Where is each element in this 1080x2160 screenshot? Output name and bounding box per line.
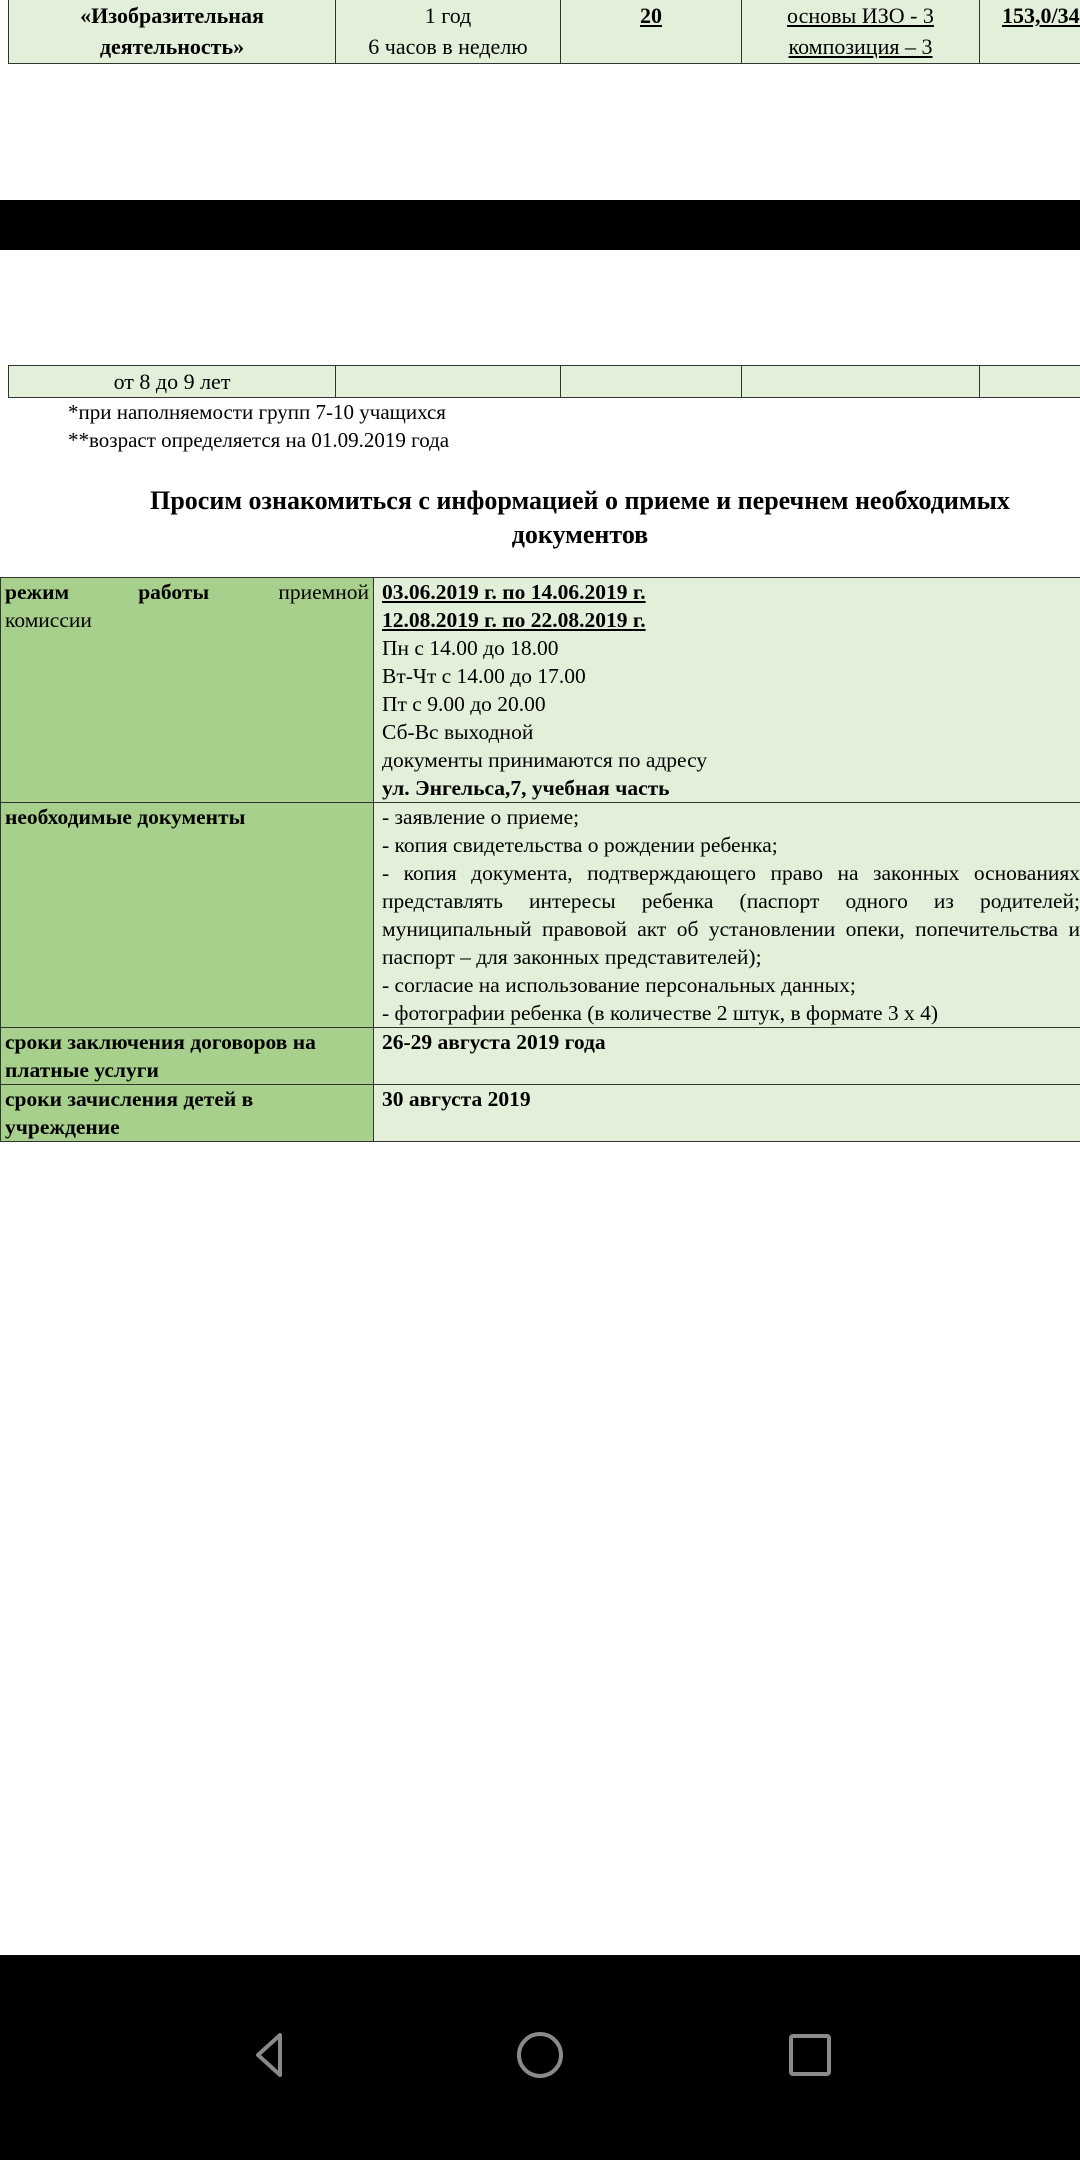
hours-fri: Пт с 9.00 до 20.00	[382, 690, 1080, 718]
label-word: работы	[138, 578, 209, 606]
label-line2: комиссии	[5, 606, 369, 634]
duration-line1: 1 год	[340, 0, 556, 31]
group-size-cell: 20	[561, 0, 742, 64]
period-1: 03.06.2019 г. по 14.06.2019 г.	[382, 578, 1080, 606]
table-row-enrollment: сроки зачисления детей в учреждение 30 а…	[1, 1085, 1080, 1142]
table-row-schedule: режим работы приемной комиссии 03.06.201…	[1, 578, 1080, 803]
price-cell: 153,0/3468	[980, 0, 1080, 64]
admission-info-table: режим работы приемной комиссии 03.06.201…	[0, 577, 1080, 1142]
age-cell: от 8 до 9 лет	[9, 366, 336, 398]
document-item: - заявление о приеме;	[382, 803, 1080, 831]
table-row: от 8 до 9 лет	[9, 366, 1080, 398]
home-button[interactable]	[500, 2015, 580, 2095]
schedule-label: режим работы приемной комиссии	[1, 578, 374, 803]
subjects-line1: основы ИЗО - 3	[746, 0, 975, 31]
course-name-line1: «Изобразительная	[13, 0, 331, 31]
course-name-line2: деятельность»	[13, 31, 331, 62]
recents-icon	[780, 2025, 840, 2085]
footnote-group-size: *при наполняемости групп 7-10 учащихся	[68, 398, 446, 426]
footnote-age: **возраст определяется на 01.09.2019 год…	[68, 426, 449, 454]
course-name-cell: «Изобразительная деятельность»	[9, 0, 336, 64]
enrollment-label: сроки зачисления детей в учреждение	[1, 1085, 374, 1142]
empty-cell	[980, 366, 1080, 398]
period-2: 12.08.2019 г. по 22.08.2019 г.	[382, 606, 1080, 634]
section-heading: Просим ознакомиться с информацией о прие…	[100, 484, 1060, 552]
subjects-line2: композиция – 3	[746, 31, 975, 62]
document-item: - копия документа, подтверждающего право…	[382, 859, 1080, 971]
system-navigation-bar	[0, 1955, 1080, 2160]
back-button[interactable]	[230, 2015, 310, 2095]
address: ул. Энгельса,7, учебная часть	[382, 774, 1080, 802]
address-intro: документы принимаются по адресу	[382, 746, 1080, 774]
empty-cell	[742, 366, 980, 398]
documents-value: - заявление о приеме; - копия свидетельс…	[374, 803, 1080, 1028]
document-item: - фотографии ребенка (в количестве 2 шту…	[382, 999, 1080, 1027]
table-row-contracts: сроки заключения договоров на платные ус…	[1, 1028, 1080, 1085]
home-icon	[510, 2025, 570, 2085]
enrollment-value: 30 августа 2019	[374, 1085, 1080, 1142]
table-row-documents: необходимые документы - заявление о прие…	[1, 803, 1080, 1028]
redacted-band	[0, 200, 1080, 250]
schedule-value: 03.06.2019 г. по 14.06.2019 г. 12.08.201…	[374, 578, 1080, 803]
hours-mon: Пн с 14.00 до 18.00	[382, 634, 1080, 662]
table-row: «Изобразительная деятельность» 1 год 6 ч…	[9, 0, 1080, 64]
course-table: «Изобразительная деятельность» 1 год 6 ч…	[8, 0, 1080, 64]
contracts-label: сроки заключения договоров на платные ус…	[1, 1028, 374, 1085]
empty-cell	[336, 366, 561, 398]
hours-tue-thu: Вт-Чт с 14.00 до 17.00	[382, 662, 1080, 690]
hours-weekend: Сб-Вс выходной	[382, 718, 1080, 746]
subjects-cell: основы ИЗО - 3 композиция – 3	[742, 0, 980, 64]
label-word: режим	[5, 578, 69, 606]
duration-cell: 1 год 6 часов в неделю	[336, 0, 561, 64]
label-word: приемной	[278, 578, 369, 606]
contracts-value: 26-29 августа 2019 года	[374, 1028, 1080, 1085]
back-icon	[240, 2025, 300, 2085]
age-table: от 8 до 9 лет	[8, 365, 1080, 398]
document-item: - согласие на использование персональных…	[382, 971, 1080, 999]
recents-button[interactable]	[770, 2015, 850, 2095]
documents-label: необходимые документы	[1, 803, 374, 1028]
duration-line2: 6 часов в неделю	[340, 31, 556, 62]
document-item: - копия свидетельства о рождении ребенка…	[382, 831, 1080, 859]
empty-cell	[561, 366, 742, 398]
